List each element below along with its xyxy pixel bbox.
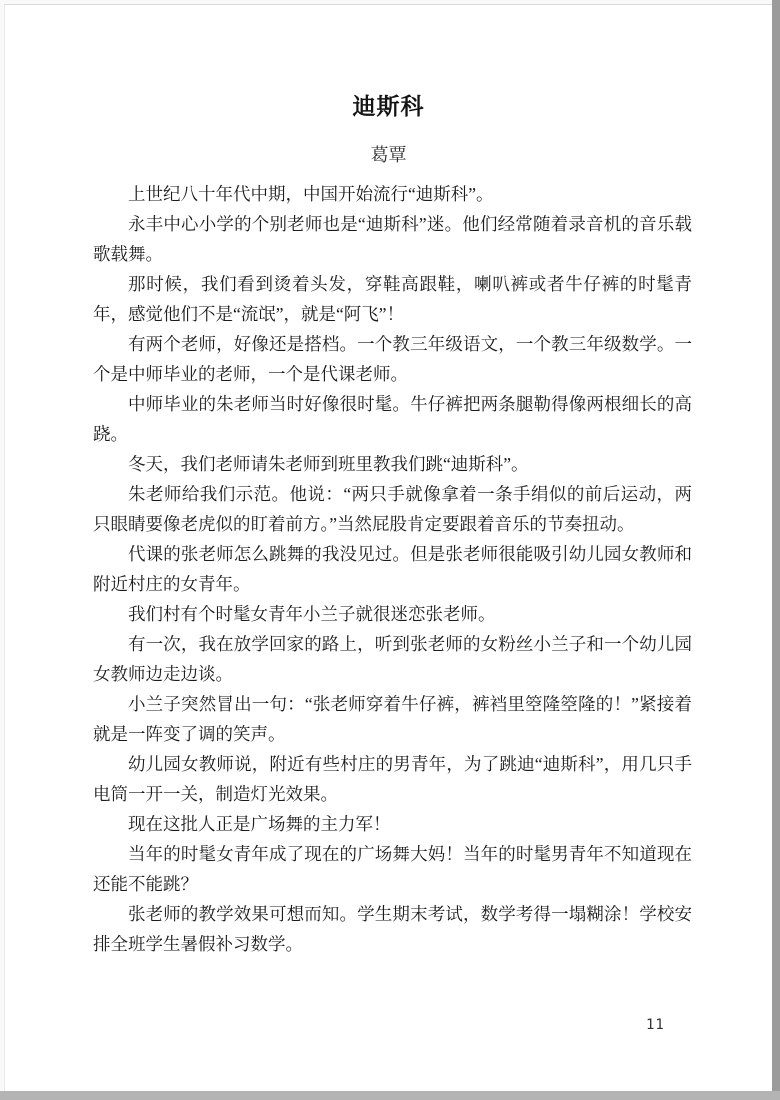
document-page: 迪斯科 葛覃 上世纪八十年代中期，中国开始流行“迪斯科”。永丰中心小学的个别老师… [4, 4, 772, 1091]
paragraph: 冬天，我们老师请朱老师到班里教我们跳“迪斯科”。 [93, 449, 692, 479]
paragraph: 那时候，我们看到烫着头发，穿鞋高跟鞋，喇叭裤或者牛仔裤的时髦青年，感觉他们不是“… [93, 269, 692, 329]
paragraph: 中师毕业的朱老师当时好像很时髦。牛仔裤把两条腿勒得像两根细长的高跷。 [93, 389, 692, 449]
paragraph: 上世纪八十年代中期，中国开始流行“迪斯科”。 [93, 179, 692, 209]
page-number: 11 [646, 1017, 665, 1033]
page-edge-right [772, 0, 780, 1100]
paragraph: 小兰子突然冒出一句：“张老师穿着牛仔裤，裤裆里箜隆箜隆的！”紧接着就是一阵变了调… [93, 689, 692, 749]
page-edge-bottom [0, 1091, 780, 1100]
paragraph: 代课的张老师怎么跳舞的我没见过。但是张老师很能吸引幼儿园女教师和附近村庄的女青年… [93, 539, 692, 599]
paragraph: 朱老师给我们示范。他说：“两只手就像拿着一条手绢似的前后运动，两只眼睛要像老虎似… [93, 479, 692, 539]
paragraph: 有一次，我在放学回家的路上，听到张老师的女粉丝小兰子和一个幼儿园女教师边走边谈。 [93, 629, 692, 689]
author-name: 葛覃 [5, 142, 772, 168]
paragraph: 有两个老师，好像还是搭档。一个教三年级语文，一个教三年级数学。一个是中师毕业的老… [93, 329, 692, 389]
paragraph: 永丰中心小学的个别老师也是“迪斯科”迷。他们经常随着录音机的音乐载歌载舞。 [93, 209, 692, 269]
paragraph: 张老师的教学效果可想而知。学生期末考试，数学考得一塌糊涂！学校安排全班学生暑假补… [93, 899, 692, 959]
document-viewport: 迪斯科 葛覃 上世纪八十年代中期，中国开始流行“迪斯科”。永丰中心小学的个别老师… [0, 0, 780, 1100]
page-title: 迪斯科 [5, 5, 772, 123]
document-body: 上世纪八十年代中期，中国开始流行“迪斯科”。永丰中心小学的个别老师也是“迪斯科”… [93, 179, 692, 959]
paragraph: 现在这批人正是广场舞的主力军！ [93, 809, 692, 839]
paragraph: 幼儿园女教师说，附近有些村庄的男青年，为了跳迪“迪斯科”，用几只手电筒一开一关，… [93, 749, 692, 809]
paragraph: 当年的时髦女青年成了现在的广场舞大妈！当年的时髦男青年不知道现在还能不能跳？ [93, 839, 692, 899]
paragraph: 我们村有个时髦女青年小兰子就很迷恋张老师。 [93, 599, 692, 629]
